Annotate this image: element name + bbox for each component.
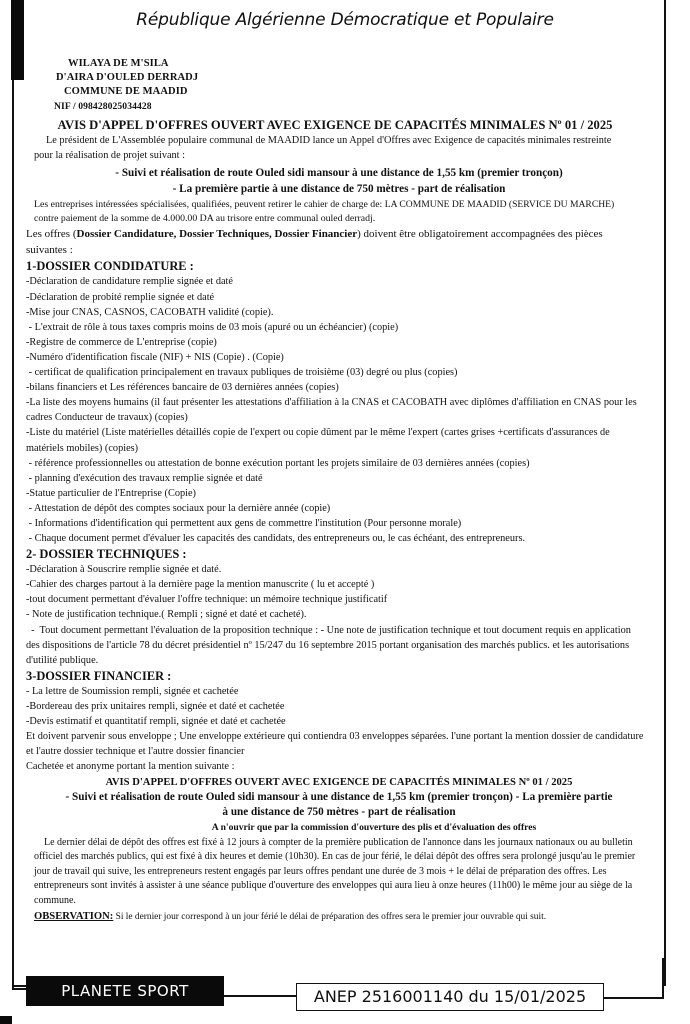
requirement-item: - Chaque document permet d'évaluer les c… (26, 531, 644, 546)
requirement-item: -Liste du matériel (Liste matérielles dé… (26, 425, 644, 455)
nif-line: NIF / 098428025034428 (54, 101, 152, 112)
republic-heading: République Algérienne Démocratique et Po… (0, 10, 690, 30)
publication-label: PLANETE SPORT (26, 976, 224, 1006)
requirement-item: - L'extrait de rôle à tous taxes compris… (26, 320, 644, 335)
requirement-item: - certificat de qualification principale… (26, 365, 644, 380)
requirement-item: -bilans financiers et Les références ban… (26, 380, 644, 395)
observation-text: Si le dernier jour correspond à un jour … (113, 912, 546, 922)
footer-right-connector (604, 997, 664, 999)
requirement-item: -Déclaration à Souscrire remplie signée … (26, 562, 644, 577)
retrieval-paragraph: Les entreprises intéressées spécialisées… (34, 198, 644, 226)
notice-title: AVIS D'APPEL D'OFFRES OUVERT AVEC EXIGEN… (26, 118, 644, 133)
commune-line: COMMUNE DE MAADID (64, 86, 188, 97)
requirement-item: - référence professionnelles ou attestat… (26, 456, 644, 471)
retrieval-text: Les entreprises intéressées spécialisées… (34, 199, 385, 210)
requirement-item: -Cahier des charges partout à la dernièr… (26, 577, 644, 592)
requirement-item: -La liste des moyens humains (il faut pr… (26, 395, 644, 425)
envelope-instructions: Et doivent parvenir sous enveloppe ; Une… (26, 729, 644, 759)
section-title: 2- DOSSIER TECHNIQUES : (26, 546, 644, 562)
offers-text: Les offres ( (26, 228, 77, 240)
mention-project: - Suivi et réalisation de route Ouled si… (34, 790, 644, 820)
retrieval-text-2: contre paiement de la somme de 4.000.00 … (34, 213, 375, 224)
mention-title: AVIS D'APPEL D'OFFRES OUVERT AVEC EXIGEN… (34, 775, 644, 790)
mention-open-only: A n'ouvrir que par la commission d'ouver… (34, 820, 644, 835)
retrieval-org: LA COMMUNE DE MAADID (SERVICE DU MARCHE) (385, 199, 614, 210)
requirement-item: - Informations d'identification qui perm… (26, 516, 644, 531)
requirement-item: -Registre de commerce de L'entreprise (c… (26, 335, 644, 350)
offers-dossiers: Dossier Candidature, Dossier Techniques,… (77, 228, 358, 240)
requirement-item: -Statue particulier de l'Entreprise (Cop… (26, 486, 644, 501)
requirement-item: - Attestation de dépôt des comptes socia… (26, 501, 644, 516)
requirement-item: -tout document permettant d'évaluer l'of… (26, 592, 644, 607)
requirement-item: -Déclaration de probité remplie signée e… (26, 290, 644, 305)
requirement-item: - Tout document permettant l'évaluation … (26, 623, 644, 668)
requirement-item: -Numéro d'identification fiscale (NIF) +… (26, 350, 644, 365)
section-title: 1-DOSSIER CONDIDATURE : (26, 258, 644, 274)
daira-line: D'AIRA D'OULED DERRADJ (56, 72, 198, 83)
corner-mark (0, 1016, 12, 1024)
dossier-sections: 1-DOSSIER CONDIDATURE :-Déclaration de c… (26, 258, 644, 729)
requirement-item: - Note de justification technique.( Remp… (26, 607, 644, 622)
requirement-item: - La lettre de Soumission rempli, signée… (26, 684, 644, 699)
offers-paragraph: Les offres (Dossier Candidature, Dossier… (26, 226, 644, 258)
requirement-item: - planning d'exécution des travaux rempl… (26, 471, 644, 486)
observation-label: OBSERVATION: (34, 911, 113, 922)
wilaya-line: WILAYA DE M'SILA (68, 58, 169, 69)
project-line-2: - La première partie à une distance de 7… (34, 182, 644, 197)
section-title: 3-DOSSIER FINANCIER : (26, 668, 644, 684)
observation-paragraph: OBSERVATION: Si le dernier jour correspo… (34, 909, 644, 925)
sealed-mention: Cachetée et anonyme portant la mention s… (26, 759, 644, 774)
requirement-item: -Bordereau des prix unitaires rempli, si… (26, 699, 644, 714)
requirement-item: -Devis estimatif et quantitatif rempli, … (26, 714, 644, 729)
requirement-item: -Mise jour CNAS, CASNOS, CACOBATH validi… (26, 305, 644, 320)
footer-right-drop (662, 958, 664, 999)
footer-connector (224, 995, 296, 997)
anep-reference: ANEP 2516001140 du 15/01/2025 (296, 983, 604, 1011)
project-line-1: - Suivi et réalisation de route Ouled si… (34, 166, 644, 181)
notice-intro: Le président de L'Assemblée populaire co… (34, 133, 644, 163)
requirement-item: -Déclaration de candidature remplie sign… (26, 274, 644, 289)
notice-body: AVIS D'APPEL D'OFFRES OUVERT AVEC EXIGEN… (34, 118, 644, 925)
deadline-paragraph: Le dernier délai de dépôt des offres est… (34, 836, 644, 909)
